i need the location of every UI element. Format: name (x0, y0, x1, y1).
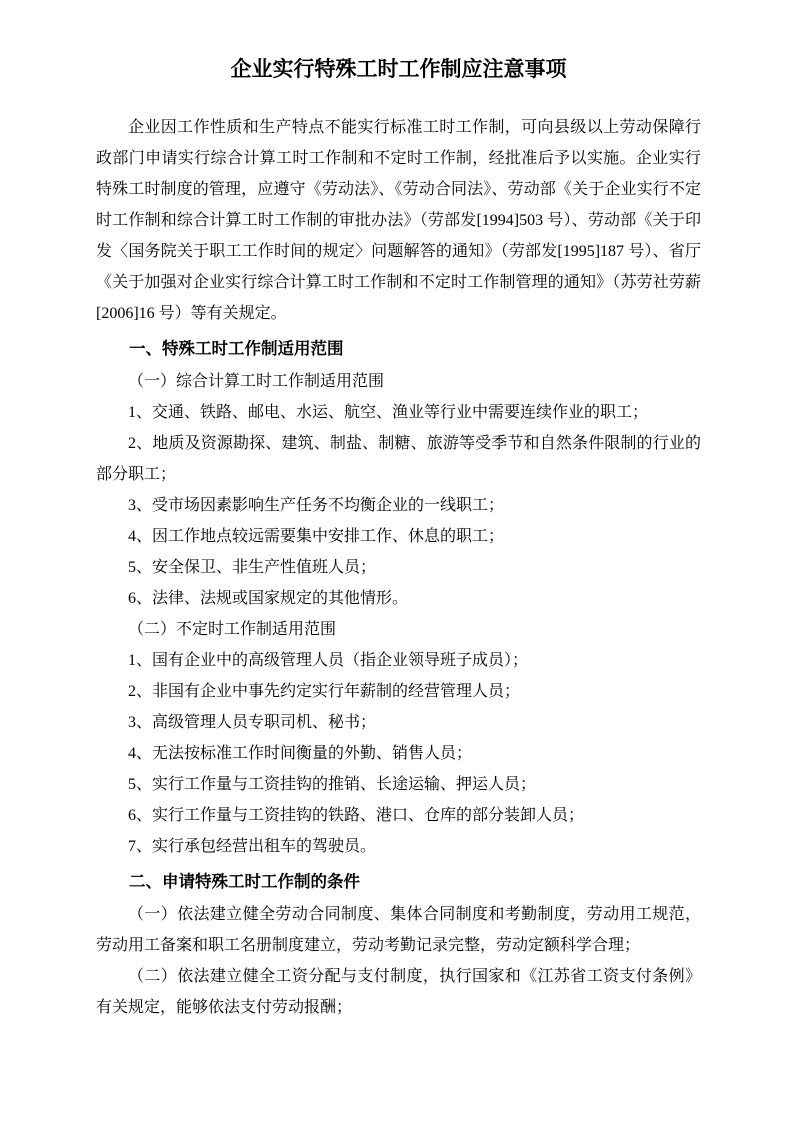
list-item: 3、高级管理人员专职司机、秘书； (96, 707, 701, 738)
list-item: 1、交通、铁路、邮电、水运、航空、渔业等行业中需要连续作业的职工； (96, 397, 701, 428)
list-item: 2、地质及资源勘探、建筑、制盐、制糖、旅游等受季节和自然条件限制的行业的部分职工… (96, 428, 701, 490)
list-item: 4、因工作地点较远需要集中安排工作、休息的职工； (96, 521, 701, 552)
list-item: 7、实行承包经营出租车的驾驶员。 (96, 831, 701, 862)
subheading-comprehensive-scope: （一）综合计算工时工作制适用范围 (96, 366, 701, 397)
list-item: 1、国有企业中的高级管理人员（指企业领导班子成员）； (96, 645, 701, 676)
intro-paragraph: 企业因工作性质和生产特点不能实行标准工时工作制，可向县级以上劳动保障行政部门申请… (96, 112, 701, 329)
list-item: 2、非国有企业中事先约定实行年薪制的经营管理人员； (96, 676, 701, 707)
list-item: 6、法律、法规或国家规定的其他情形。 (96, 583, 701, 614)
list-item: 4、无法按标准工作时间衡量的外勤、销售人员； (96, 738, 701, 769)
subheading-flexible-scope: （二）不定时工作制适用范围 (96, 614, 701, 645)
list-item: 5、实行工作量与工资挂钩的推销、长途运输、押运人员； (96, 769, 701, 800)
document-page: 企业实行特殊工时工作制应注意事项 企业因工作性质和生产特点不能实行标准工时工作制… (0, 0, 793, 1122)
list-item: 5、安全保卫、非生产性值班人员； (96, 552, 701, 583)
list-item: 6、实行工作量与工资挂钩的铁路、港口、仓库的部分装卸人员； (96, 800, 701, 831)
list-item: （一）依法建立健全劳动合同制度、集体合同制度和考勤制度，劳动用工规范，劳动用工备… (96, 899, 701, 961)
list-item: （二）依法建立健全工资分配与支付制度，执行国家和《江苏省工资支付条例》有关规定，… (96, 961, 701, 1023)
section-heading-conditions: 二、申请特殊工时工作制的条件 (96, 866, 701, 897)
section-heading-scope: 一、特殊工时工作制适用范围 (96, 333, 701, 364)
document-title: 企业实行特殊工时工作制应注意事项 (96, 52, 701, 86)
list-item: 3、受市场因素影响生产任务不均衡企业的一线职工； (96, 490, 701, 521)
